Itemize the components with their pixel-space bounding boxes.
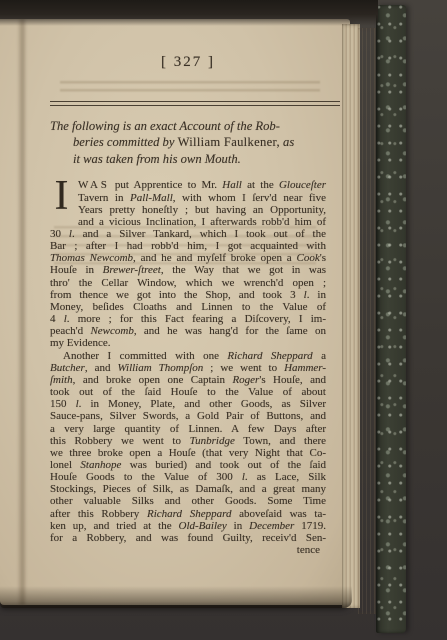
text-line: from thence we got into the Shop, and to… <box>50 289 326 301</box>
text-segment: The following is an exact Account of the… <box>50 119 280 133</box>
text-segment: lonel <box>50 459 80 471</box>
heading: The following is an exact Account of the… <box>50 118 326 168</box>
text-segment: Old-Bailey <box>179 520 227 532</box>
text-line: a very large quantity of Linnen. A few D… <box>50 423 326 435</box>
text-segment: . as Lace, Silk <box>245 471 326 483</box>
paragraph: IWAS put Apprentice to Mr. Hall at the G… <box>50 179 326 349</box>
text-segment: , and he was hang'd for the ſame on <box>134 325 326 337</box>
text-segment: , and he and myſelf broke open a <box>133 252 296 264</box>
text-line: Bar ; after I had robb'd him, I got acqu… <box>50 240 326 252</box>
text-line: other valuable Silks and other Goods. So… <box>50 495 326 507</box>
text-segment: was buried) and took out of the ſaid <box>121 459 326 471</box>
heading-line: beries committed by William Faulkener, a… <box>50 134 326 151</box>
text-segment: for a Robbery, and was found Guilty, rec… <box>50 532 326 544</box>
text-segment: Richard Sheppard <box>147 508 231 520</box>
text-segment: ken up, and tried at the <box>50 520 179 532</box>
text-segment: Sauce-pans, Silver Swords, a Gold Pair o… <box>50 410 326 422</box>
text-segment: put Apprentice to Mr. <box>110 179 223 191</box>
text-segment: other valuable Silks and other Goods. So… <box>50 495 326 507</box>
page-gutter-crease <box>17 19 27 605</box>
text-line: 150 l. in Money, Plate, and other Goods,… <box>50 398 326 410</box>
text-line: Stockings, Pieces of Silk, as Damaſk, an… <box>50 483 326 495</box>
text-segment: Cook <box>297 252 320 264</box>
page-bottom-shadow <box>0 586 352 608</box>
body-text: IWAS put Apprentice to Mr. Hall at the G… <box>50 179 326 556</box>
drop-cap: I <box>51 180 72 216</box>
text-segment: ſmith <box>50 374 73 386</box>
text-segment: , and broke open one Captain <box>73 374 233 386</box>
text-line: Butcher, and William Thompſon ; we went … <box>50 362 326 374</box>
text-line: lonel Stanhope was buried) and took out … <box>50 459 326 471</box>
double-rule <box>50 101 340 106</box>
text-line: peach'd Newcomb, and he was hang'd for t… <box>50 325 326 337</box>
text-segment: Tunbridge <box>190 435 235 447</box>
text-segment: Houſe Goods to the Value of 300 <box>50 471 242 483</box>
text-segment: Houſe in <box>50 264 103 276</box>
text-line: ken up, and tried at the Old-Bailey in D… <box>50 520 326 532</box>
text-segment: Richard Sheppard <box>227 350 312 362</box>
text-line: my Evidence. <box>50 337 326 349</box>
text-segment: , with whom I ſerv'd near five <box>173 192 326 204</box>
text-segment: Stockings, Pieces of Silk, as Damaſk, an… <box>50 483 326 495</box>
text-line: Houſe Goods to the Value of 300 l. as La… <box>50 471 326 483</box>
text-line: and a vicious Inclination, I afterwards … <box>50 216 326 228</box>
text-segment: . in <box>307 289 326 301</box>
text-segment: and a vicious Inclination, I afterwards … <box>78 216 326 228</box>
text-segment: my Evidence. <box>50 337 110 349</box>
text-segment: Another I committed with one <box>63 350 227 362</box>
text-segment: Hammer- <box>284 362 326 374</box>
paragraph: Another I committed with one Richard She… <box>50 350 326 557</box>
text-segment: WAS <box>78 179 110 191</box>
text-line: Money, beſides Cloaths and Linnen to the… <box>50 301 326 313</box>
text-line: after this Robbery Richard Sheppard abov… <box>50 508 326 520</box>
text-segment: 4 <box>50 313 64 325</box>
text-segment: aboveſaid was ta- <box>231 508 326 520</box>
text-segment: . in Money, Plate, and other Goods, as S… <box>79 398 326 410</box>
text-segment: Glouceſter <box>279 179 326 191</box>
text-segment: from thence we got into the Shop, and to… <box>50 289 304 301</box>
text-segment: Years pretty honeſtly ; but having an Op… <box>78 204 326 216</box>
text-line: WAS put Apprentice to Mr. Hall at the Gl… <box>50 179 326 191</box>
text-line: this Robbery we went to Tunbridge Town, … <box>50 435 326 447</box>
text-line: 30 l. and a Silver Tankard, which I took… <box>50 228 326 240</box>
heading-line: it was taken from his own Mouth. <box>50 151 326 168</box>
text-segment: , and <box>85 362 118 374</box>
text-line: Houſe in Brewer-ſtreet, the Way that we … <box>50 264 326 276</box>
text-segment: we three broke open a Houſe (that very N… <box>50 447 326 459</box>
printed-text-column: [ 327 ] The following is an exact Accoun… <box>50 0 326 556</box>
text-segment: Brewer-ſtreet <box>103 264 161 276</box>
text-segment: December <box>249 520 294 532</box>
text-segment: Hall <box>222 179 242 191</box>
text-segment: Pall-Mall <box>130 192 173 204</box>
text-segment: . and a Silver Tankard, which I took out… <box>72 228 326 240</box>
text-segment: Bar ; after I had robb'd him, I got acqu… <box>50 240 326 252</box>
text-segment: 's <box>320 252 326 264</box>
text-segment: Roger <box>232 374 259 386</box>
text-segment: in <box>227 520 249 532</box>
text-segment: at the <box>242 179 279 191</box>
text-segment: beries committed by <box>73 135 178 149</box>
text-segment: 150 <box>50 398 76 410</box>
heading-line: The following is an exact Account of the… <box>50 118 326 135</box>
text-line: ſmith, and broke open one Captain Roger'… <box>50 374 326 386</box>
text-line: we three broke open a Houſe (that very N… <box>50 447 326 459</box>
text-line: Another I committed with one Richard She… <box>50 350 326 362</box>
text-segment: Butcher <box>50 362 85 374</box>
text-line: Sauce-pans, Silver Swords, a Gold Pair o… <box>50 410 326 422</box>
text-line: 4 l. more ; for this Fact fearing a Diſc… <box>50 313 326 325</box>
text-line: Years pretty honeſtly ; but having an Op… <box>50 204 326 216</box>
text-line: Tavern in Pall-Mall, with whom I ſerv'd … <box>50 192 326 204</box>
book-fore-edge <box>358 28 377 614</box>
text-segment: this Robbery we went to <box>50 435 190 447</box>
text-segment: , the Way that we got in was <box>161 264 326 276</box>
text-segment: William Thompſon <box>117 362 203 374</box>
text-segment: Thomas Newcomb <box>50 252 133 264</box>
text-segment: thro' the Cellar Window, which we wrench… <box>50 277 326 289</box>
book-photograph: [ 327 ] The following is an exact Accoun… <box>0 0 447 640</box>
text-line: Thomas Newcomb, and he and myſelf broke … <box>50 252 326 264</box>
text-segment: as <box>280 135 294 149</box>
text-segment: a very large quantity of Linnen. A few D… <box>50 423 326 435</box>
text-segment: Tavern in <box>78 192 130 204</box>
text-segment: took out of the ſaid Houſe to the Value … <box>50 386 326 398</box>
show-through-text <box>60 81 320 96</box>
text-line: thro' the Cellar Window, which we wrench… <box>50 277 326 289</box>
text-segment: after this Robbery <box>50 508 147 520</box>
text-segment: Money, beſides Cloaths and Linnen to the… <box>50 301 326 313</box>
text-segment: 30 <box>50 228 69 240</box>
text-segment: William Faulkener, <box>178 135 280 149</box>
text-segment: 's Houſe, and <box>259 374 326 386</box>
text-segment: . more ; for this Fact fearing a Diſcove… <box>67 313 326 325</box>
text-segment: it was taken from his own Mouth. <box>73 152 241 166</box>
text-segment: peach'd <box>50 325 90 337</box>
text-segment: 1719. <box>294 520 326 532</box>
page-number: [ 327 ] <box>50 54 326 71</box>
text-line: for a Robbery, and was found Guilty, rec… <box>50 532 326 544</box>
text-line: took out of the ſaid Houſe to the Value … <box>50 386 326 398</box>
book-cover-edge <box>376 5 406 633</box>
text-segment: Newcomb <box>90 325 133 337</box>
text-segment: Stanhope <box>80 459 121 471</box>
text-segment: ; we went to <box>203 362 284 374</box>
catchword: tence <box>50 544 326 556</box>
text-segment: a <box>313 350 326 362</box>
text-segment: Town, and there <box>235 435 326 447</box>
